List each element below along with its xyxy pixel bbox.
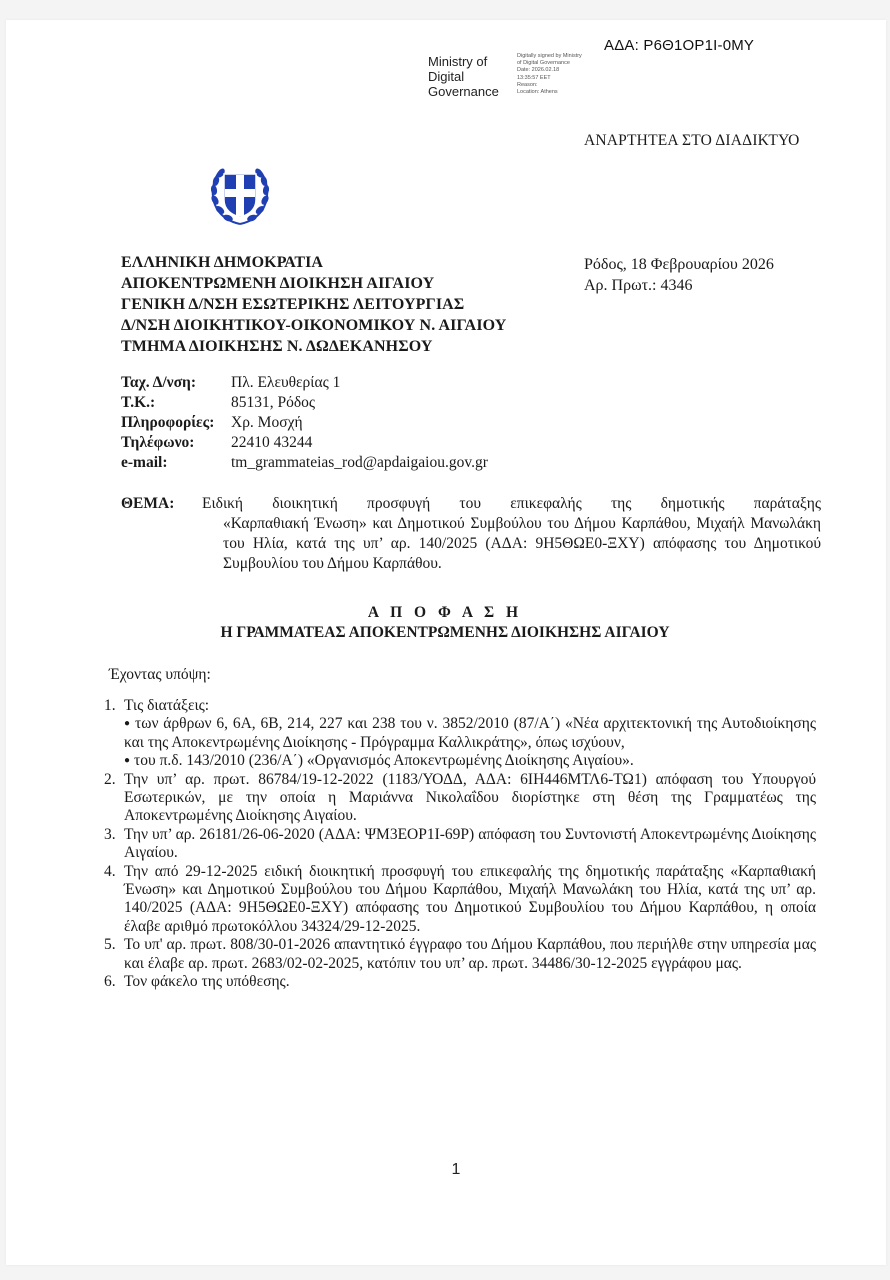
digital-signature-details: Digitally signed by Ministry of Digital …	[517, 53, 582, 96]
list-item: 5. Το υπ' αρ. πρωτ. 808/30-01-2026 απαντ…	[104, 936, 816, 973]
item-number: 3.	[104, 826, 116, 844]
item-text: Την υπ’ αρ. πρωτ. 86784/19-12-2022 (1183…	[124, 771, 816, 826]
signature-detail: Reason:	[517, 82, 582, 89]
page-number: 1	[0, 1161, 890, 1179]
contact-value: 85131, Ρόδος	[231, 393, 315, 413]
contact-label: Ταχ. Δ/νση:	[121, 373, 231, 393]
document-date: Ρόδος, 18 Φεβρουαρίου 2026	[584, 254, 774, 275]
decision-heading: Α Π Ο Φ Α Σ Η Η ΓΡΑΜΜΑΤΕΑΣ ΑΠΟΚΕΝΤΡΩΜΕΝΗ…	[0, 603, 890, 643]
signature-detail: Digitally signed by Ministry	[517, 53, 582, 60]
signer-line: Digital	[428, 69, 499, 84]
contact-row-postcode: Τ.Κ.: 85131, Ρόδος	[121, 393, 488, 413]
considering-intro: Έχοντας υπόψη:	[109, 666, 211, 684]
contact-label: Τηλέφωνο:	[121, 433, 231, 453]
signer-line: Governance	[428, 84, 499, 99]
signature-detail: Date: 2026.02.18	[517, 67, 582, 74]
list-item: 3. Την υπ’ αρ. 26181/26-06-2020 (ΑΔΑ: ΨΜ…	[104, 826, 816, 863]
list-item: 2. Την υπ’ αρ. πρωτ. 86784/19-12-2022 (1…	[104, 771, 816, 826]
item-text: Τον φάκελο της υπόθεσης.	[124, 973, 816, 991]
contact-row-phone: Τηλέφωνο: 22410 43244	[121, 433, 488, 453]
contact-label: e-mail:	[121, 453, 231, 473]
contact-value: Πλ. Ελευθερίας 1	[231, 373, 340, 393]
contact-email[interactable]: tm_grammateias_rod@apdaigaiou.gov.gr	[231, 453, 488, 473]
subject-label: ΘΕΜΑ:	[121, 494, 174, 514]
subject-continuation: «Καρπαθιακή Ένωση» και Δημοτικού Συμβούλ…	[202, 514, 821, 574]
ada-stamp: ΑΔΑ: Ρ6Θ1ΟΡ1Ι-0ΜΥ	[604, 37, 754, 54]
post-online-note: ΑΝΑΡΤΗΤΕΑ ΣΤΟ ΔΙΑΔΙΚΤΥΟ	[584, 132, 799, 150]
date-protocol-block: Ρόδος, 18 Φεβρουαρίου 2026 Αρ. Πρωτ.: 43…	[584, 254, 774, 296]
item-number: 4.	[104, 863, 116, 881]
authority-line: ΑΠΟΚΕΝΤΡΩΜΕΝΗ ΔΙΟΙΚΗΣΗ ΑΙΓΑΙΟΥ	[121, 273, 506, 294]
signer-line: Ministry of	[428, 54, 499, 69]
authority-line: ΓΕΝΙΚΗ Δ/ΝΣΗ ΕΣΩΤΕΡΙΚΗΣ ΛΕΙΤΟΥΡΓΙΑΣ	[121, 294, 506, 315]
authority-line: ΕΛΛΗΝΙΚΗ ΔΗΜΟΚΡΑΤΙΑ	[121, 252, 506, 273]
bullet-icon: ●	[124, 718, 131, 729]
subject-block: ΘΕΜΑ: Ειδική διοικητική προσφυγή του επι…	[121, 494, 821, 574]
subject-first-line: Ειδική διοικητική προσφυγή του επικεφαλή…	[202, 494, 821, 514]
subject-text: Ειδική διοικητική προσφυγή του επικεφαλή…	[202, 494, 821, 574]
item-text: Τις διατάξεις:	[124, 697, 816, 715]
considerations-list: 1. Τις διατάξεις: ●των άρθρων 6, 6Α, 6Β,…	[104, 697, 816, 992]
contact-value: Χρ. Μοσχή	[231, 413, 303, 433]
signature-detail: of Digital Governance	[517, 60, 582, 67]
item-text: Το υπ' αρ. πρωτ. 808/30-01-2026 απαντητι…	[124, 936, 816, 973]
contact-value: 22410 43244	[231, 433, 312, 453]
item-number: 2.	[104, 771, 116, 789]
bullet-text: του π.δ. 143/2010 (236/Α΄) «Οργανισμός Α…	[134, 752, 634, 769]
bullet-text: των άρθρων 6, 6Α, 6Β, 214, 227 και 238 τ…	[124, 715, 816, 750]
item-text: Την υπ’ αρ. 26181/26-06-2020 (ΑΔΑ: ΨΜ3ΕΟ…	[124, 826, 816, 863]
contact-details: Ταχ. Δ/νση: Πλ. Ελευθερίας 1 Τ.Κ.: 85131…	[121, 373, 488, 473]
item-number: 5.	[104, 936, 116, 954]
contact-label: Πληροφορίες:	[121, 413, 231, 433]
contact-label: Τ.Κ.:	[121, 393, 231, 413]
signature-detail: 13:35:57 EET	[517, 75, 582, 82]
list-item: 6. Τον φάκελο της υπόθεσης.	[104, 973, 816, 991]
list-item: 4. Την από 29-12-2025 ειδική διοικητική …	[104, 863, 816, 937]
authority-line: ΤΜΗΜΑ ΔΙΟΙΚΗΣΗΣ Ν. ΔΩΔΕΚΑΝΗΣΟΥ	[121, 336, 506, 357]
decision-title: Α Π Ο Φ Α Σ Η	[0, 603, 890, 623]
item-number: 6.	[104, 973, 116, 991]
bullet-icon: ●	[124, 755, 130, 766]
decision-subtitle: Η ΓΡΑΜΜΑΤΕΑΣ ΑΠΟΚΕΝΤΡΩΜΕΝΗΣ ΔΙΟΙΚΗΣΗΣ ΑΙ…	[0, 623, 890, 643]
greek-coat-of-arms-icon	[205, 160, 275, 230]
contact-row-info: Πληροφορίες: Χρ. Μοσχή	[121, 413, 488, 433]
contact-row-address: Ταχ. Δ/νση: Πλ. Ελευθερίας 1	[121, 373, 488, 393]
list-item: 1. Τις διατάξεις: ●των άρθρων 6, 6Α, 6Β,…	[104, 697, 816, 771]
signature-detail: Location: Athens	[517, 89, 582, 96]
digital-signature-signer: Ministry of Digital Governance	[428, 54, 499, 99]
item-number: 1.	[104, 697, 116, 715]
authority-line: Δ/ΝΣΗ ΔΙΟΙΚΗΤΙΚΟΥ-ΟΙΚΟΝΟΜΙΚΟΥ Ν. ΑΙΓΑΙΟΥ	[121, 315, 506, 336]
contact-row-email: e-mail: tm_grammateias_rod@apdaigaiou.go…	[121, 453, 488, 473]
issuing-authority-header: ΕΛΛΗΝΙΚΗ ΔΗΜΟΚΡΑΤΙΑ ΑΠΟΚΕΝΤΡΩΜΕΝΗ ΔΙΟΙΚΗ…	[121, 252, 506, 357]
bullet-item: ●του π.δ. 143/2010 (236/Α΄) «Οργανισμός …	[124, 752, 816, 770]
bullet-item: ●των άρθρων 6, 6Α, 6Β, 214, 227 και 238 …	[124, 715, 816, 752]
item-text: Την από 29-12-2025 ειδική διοικητική προ…	[124, 863, 816, 937]
protocol-number: Αρ. Πρωτ.: 4346	[584, 275, 774, 296]
